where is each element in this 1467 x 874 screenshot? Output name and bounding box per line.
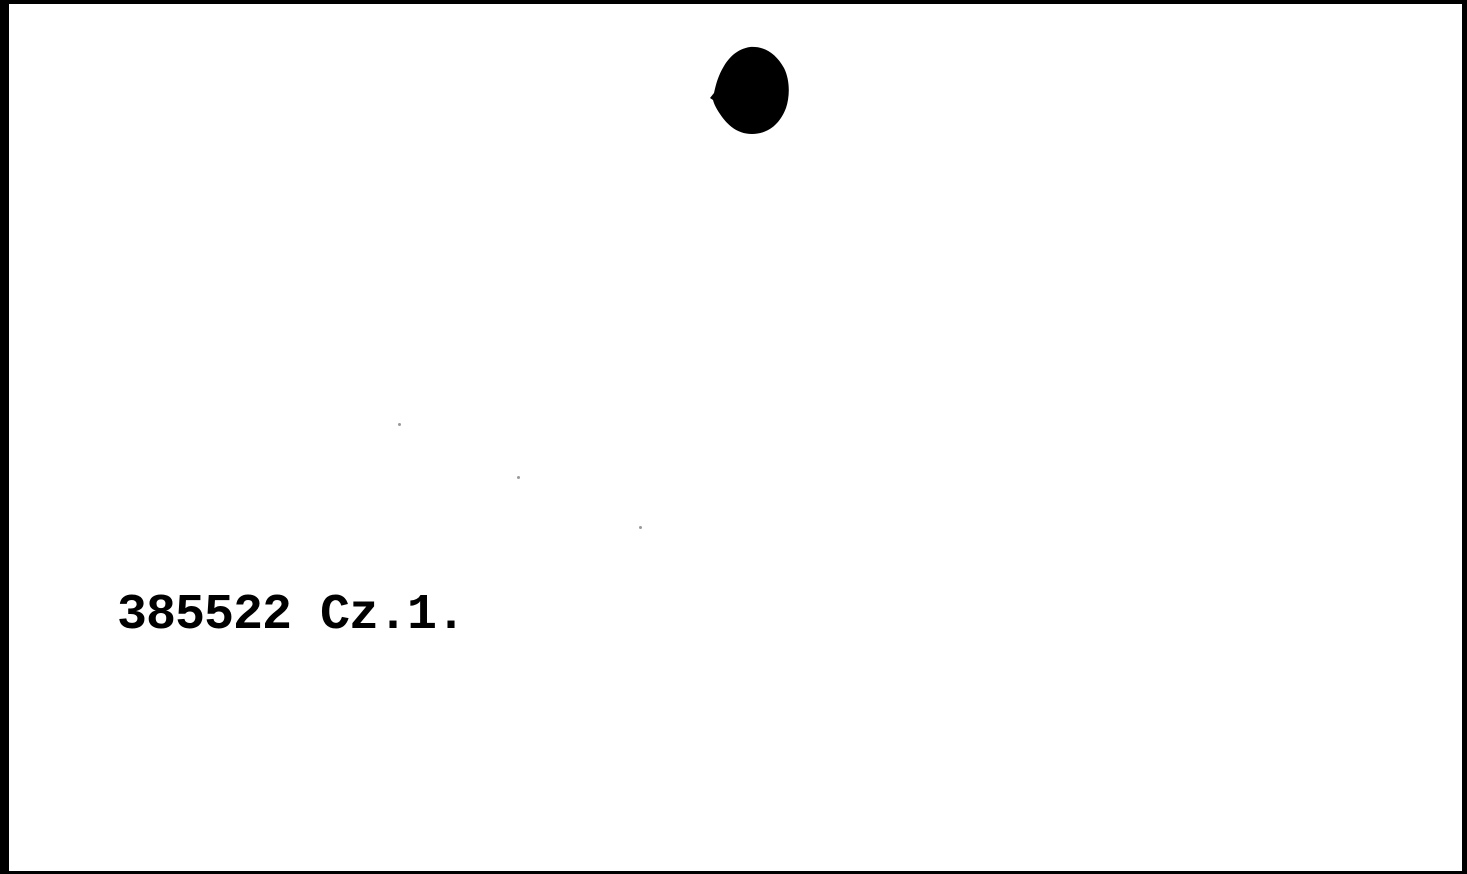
paper-speck xyxy=(398,423,401,426)
punch-hole-icon xyxy=(710,46,789,134)
paper-speck xyxy=(517,476,520,479)
paper-speck xyxy=(639,526,642,529)
catalog-card: 385522 Cz.1. xyxy=(9,4,1462,871)
catalog-entry-text: 385522 Cz.1. xyxy=(117,586,465,646)
